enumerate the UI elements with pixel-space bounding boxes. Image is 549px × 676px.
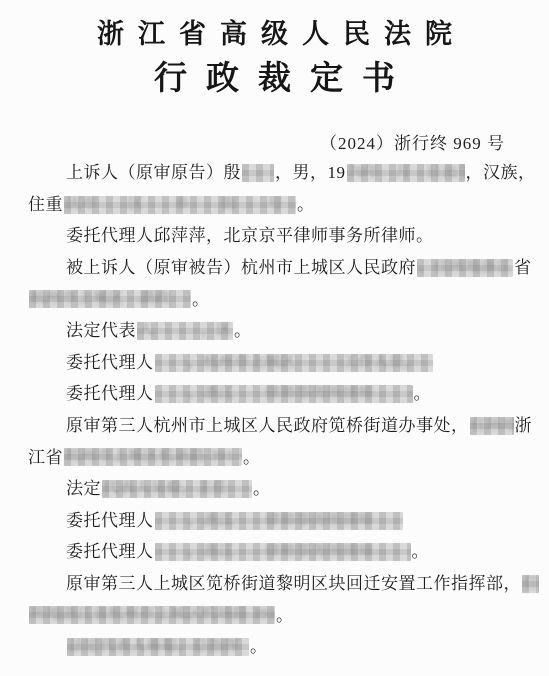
line-text: 。 xyxy=(414,378,432,410)
line-text: ，汉族， xyxy=(466,157,536,189)
line-text: 江省 xyxy=(28,442,63,474)
redacted-text-block: ，浙江 律师事务所律师 xyxy=(155,385,413,403)
document-line: 委托代理人 ，杭州市上城区 工作人员， xyxy=(28,346,539,378)
redacted-text-block: 人 ，区长 xyxy=(137,322,233,340)
document-line: 法定代表人吴毅，主任。 xyxy=(28,472,539,504)
document-line: 江省杭州市上城区机场路 391 号。 xyxy=(28,440,539,472)
redacted-text-block: 住 xyxy=(522,575,539,593)
redacted-text-block: 所地浙江省杭州市上城区机场路 391 号 xyxy=(29,606,275,624)
document-line: 所地浙江省杭州市上城区机场路 391 号。 xyxy=(28,598,539,630)
line-text: 。 xyxy=(234,315,252,347)
court-ruling-document-page: 浙江省高级人民法院 行政裁定书 （2024）浙行终 969 号 上诉人（原审原告… xyxy=(0,0,549,676)
line-text: 委托代理人 xyxy=(66,536,154,568)
line-text: 。 xyxy=(243,442,261,474)
document-line: 委托代理人邱萍萍，北京京平律师事务所律师。 xyxy=(28,219,539,251)
line-text: ，男，19 xyxy=(275,157,346,189)
line-text: 浙 xyxy=(515,410,533,442)
redacted-faint-text: ，浙江 律师事务所律师 xyxy=(157,543,374,561)
redacted-text-block: 杭州市上城区 湖政 号 xyxy=(29,290,191,308)
redacted-text-block: ，浙江 律师事务所律师 xyxy=(155,512,403,530)
redacted-faint-text: ，住所地浙江 xyxy=(419,259,512,277)
redacted-faint-text: 70年 月 日出生 xyxy=(349,164,465,182)
case-number: （2024）浙行终 969 号 xyxy=(320,129,505,154)
redacted-faint-text: ，浙江 律师事务所律师 xyxy=(157,385,374,403)
redacted-text-block: 杭州市上城区机场路 391 号 xyxy=(64,448,242,466)
redacted-text-block: 代表人吴毅，主任 xyxy=(102,480,252,498)
line-text: 委托代理人 xyxy=(66,378,154,410)
redacted-text-block: ，浙江 律师事务所律师 xyxy=(155,543,411,561)
document-line: 委托代理人 ，浙江 律师事务所律师。 xyxy=(28,377,539,409)
line-text: 。 xyxy=(412,536,430,568)
line-text: 省 xyxy=(514,252,532,284)
line-text: 原审第三人杭州市上城区人民政府笕桥街道办事处， xyxy=(66,410,469,442)
document-type-title: 行政裁定书 xyxy=(0,52,549,99)
document-line: 住重庆市 区 乡 街 号 元。 xyxy=(28,188,539,220)
line-text: 。 xyxy=(297,189,315,221)
redacted-faint-text: 法定代表人蒋聪，总指挥 xyxy=(69,638,240,656)
redacted-text-block xyxy=(242,164,274,182)
redacted-faint-text: 代表人吴毅，主任 xyxy=(104,480,228,498)
redacted-faint-text: 人 ，区长 xyxy=(139,322,233,340)
document-line: 法定代表人 ，区长。 xyxy=(28,314,539,346)
line-text: 法定 xyxy=(66,473,101,505)
line-text: 住重 xyxy=(28,189,63,221)
line-text: 。 xyxy=(253,473,271,505)
document-line: 上诉人（原审原告）殷，男，1970年 月 日出生，汉族， xyxy=(28,156,539,188)
line-text: 。 xyxy=(250,631,268,663)
document-line: 原审第三人上城区笕桥街道黎明区块回迁安置工作指挥部，住 xyxy=(28,567,539,599)
redacted-text-block: 住所地 xyxy=(470,417,514,435)
redacted-text-block: 70年 月 日出生 xyxy=(347,164,465,182)
redacted-faint-text: 所地浙江省杭州市上城区机场路 391 号 xyxy=(31,606,275,624)
redacted-faint-text: 杭州市上城区机场路 391 号 xyxy=(66,448,242,466)
document-line: 委托代理人 ，浙江 律师事务所律师。 xyxy=(28,535,539,567)
line-text: 被上诉人（原审被告）杭州市上城区人民政府 xyxy=(66,252,416,284)
redacted-faint-text: 住所地 xyxy=(472,417,514,435)
line-text: 。 xyxy=(192,284,210,316)
redacted-faint-text: 杭州市上城区 湖政 号 xyxy=(31,290,191,308)
document-body: 上诉人（原审原告）殷，男，1970年 月 日出生，汉族，住重庆市 区 乡 街 号… xyxy=(28,156,539,662)
line-text: 原审第三人上城区笕桥街道黎明区块回迁安置工作指挥部， xyxy=(66,568,521,600)
document-line: 被上诉人（原审被告）杭州市上城区人民政府，住所地浙江省 xyxy=(28,251,539,283)
document-line: 杭州市上城区 湖政 号。 xyxy=(28,282,539,314)
redacted-text-block: ，杭州市上城区 工作人员， xyxy=(155,354,433,372)
redacted-text-block: ，住所地浙江 xyxy=(417,259,513,277)
redacted-faint-text: 住 xyxy=(524,575,539,593)
court-name-title: 浙江省高级人民法院 xyxy=(0,12,549,51)
redacted-faint-text: 庆市 区 乡 街 号 元 xyxy=(66,196,296,214)
document-line: 法定代表人蒋聪，总指挥。 xyxy=(28,630,539,662)
line-text: 委托代理人 xyxy=(66,505,154,537)
line-text: 委托代理人 xyxy=(66,347,154,379)
redacted-faint-text: ，杭州市上城区 工作人员， xyxy=(157,354,421,372)
line-text: 。 xyxy=(276,600,294,632)
redacted-text-block: 法定代表人蒋聪，总指挥 xyxy=(67,638,249,656)
document-line: 委托代理人 ，浙江 律师事务所律师 xyxy=(28,504,539,536)
line-text: 委托代理人邱萍萍，北京京平律师事务所律师。 xyxy=(66,220,434,252)
redacted-text-block: 庆市 区 乡 街 号 元 xyxy=(64,196,296,214)
redacted-faint-text: ，浙江 律师事务所律师 xyxy=(157,512,374,530)
line-text: 法定代表 xyxy=(66,315,136,347)
line-text: 上诉人（原审原告）殷 xyxy=(66,157,241,189)
document-line: 原审第三人杭州市上城区人民政府笕桥街道办事处，住所地浙 xyxy=(28,409,539,441)
